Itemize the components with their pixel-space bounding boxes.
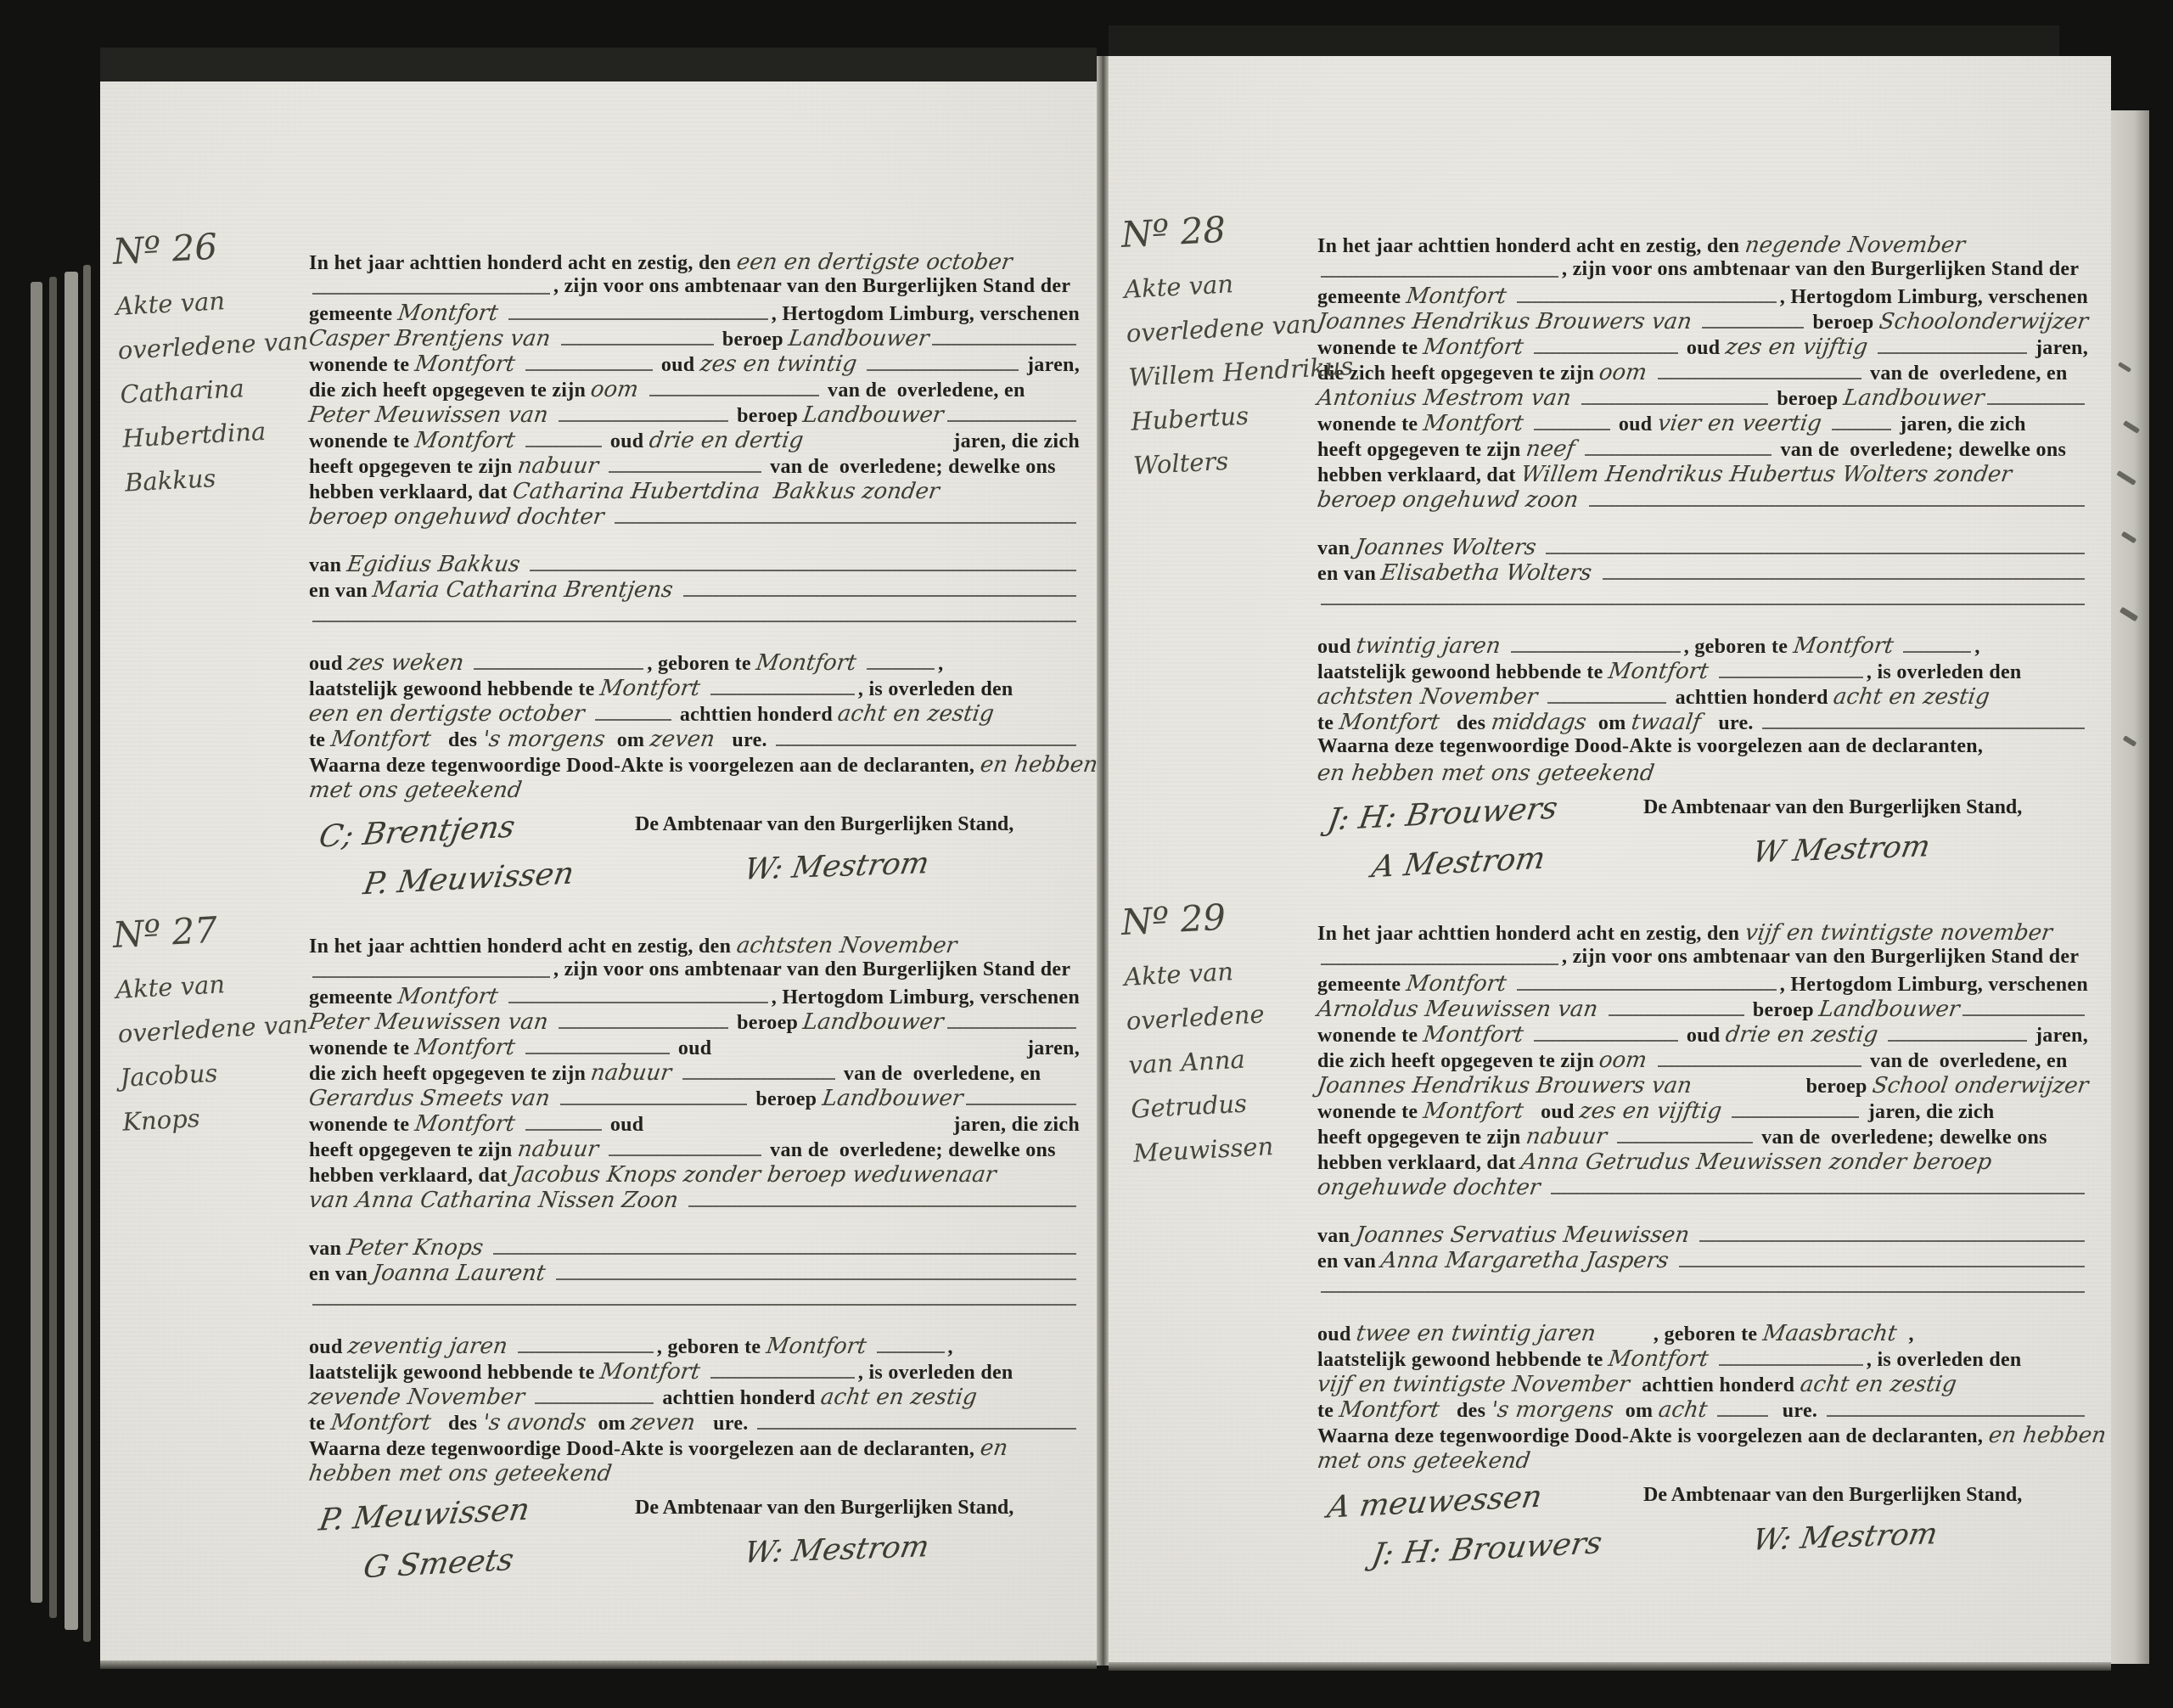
blank-rule — [867, 667, 935, 670]
blank-rule — [535, 1402, 654, 1404]
blank-rule — [688, 1205, 1076, 1207]
form-line: te Montfort des 's avonds om zeven ure. — [309, 1410, 1080, 1436]
handwritten-entry: zeventig jaren — [346, 1334, 516, 1359]
printed-text: , Hertogdom Limburg, verschenen — [772, 303, 1080, 326]
printed-text: jaren, — [2030, 337, 2088, 360]
handwritten-entry: drie en zestig — [1724, 1022, 1887, 1048]
book-page-edge — [83, 265, 91, 1642]
printed-text: , zijn voor ons ambtenaar van den Burger… — [553, 958, 1070, 981]
printed-text: , is overleden den — [858, 1362, 1014, 1385]
handwritten-entry: acht en zestig — [1832, 684, 1991, 710]
printed-text: wonende te — [1317, 1025, 1423, 1048]
form-line: wonende te Montfort oud zes en vijftig j… — [1317, 334, 2088, 360]
printed-text: , is overleden den — [858, 678, 1014, 701]
printed-text: van de overledene, en — [1865, 362, 2068, 385]
margin-notes: Nº 27Akte vanoverledene vanJacobusKnops — [112, 905, 327, 1582]
printed-text: Waarna deze tegenwoordige Dood-Akte is v… — [1317, 1425, 1989, 1448]
signature: A meuwessen — [1325, 1474, 1648, 1525]
blank-rule — [1987, 402, 2085, 405]
form-line: Gerardus Smeets van beroep Landbouwer — [309, 1086, 1080, 1111]
printed-text: achttien honderd — [1637, 1374, 1800, 1397]
handwritten-entry: en hebben met ons geteekend — [1316, 761, 1656, 786]
handwritten-entry: Anna Getrudus Meuwissen zonder beroep — [1519, 1149, 1993, 1175]
death-certificate-26: Nº 26Akte vanoverledene vanCatharinaHube… — [129, 226, 1075, 895]
form-line: die zich heeft opgegeven te zijn oom van… — [1317, 360, 2088, 385]
margin-notes: Nº 26Akte vanoverledene vanCatharinaHube… — [112, 222, 327, 899]
printed-text: wonende te — [309, 1114, 415, 1137]
blank-rule — [312, 1303, 1076, 1306]
printed-text: oud — [1530, 1101, 1581, 1124]
blank-rule — [966, 1103, 1076, 1105]
form-line: wonende te Montfort oud jaren, — [309, 1035, 1080, 1060]
handwritten-entry: Catharina Hubertdina Bakkus zonder — [511, 479, 941, 504]
printed-text: , Hertogdom Limburg, verschenen — [772, 986, 1080, 1009]
printed-text: In het jaar achttien honderd acht en zes… — [309, 935, 737, 958]
handwritten-entry: hebben met ons geteekend — [307, 1461, 614, 1486]
printed-text: van de overledene, en — [1865, 1050, 2068, 1073]
handwritten-entry: beroep ongehuwd zoon — [1316, 487, 1587, 513]
registrar-signature-area: De Ambtenaar van den Burgerlijken Stand,… — [635, 1495, 1080, 1578]
printed-text: van — [1317, 537, 1356, 560]
printed-text: hebben verklaard, dat — [1317, 1152, 1521, 1175]
handwritten-entry: zes en vijftig — [1724, 334, 1877, 360]
ink-bleed-mark — [2116, 470, 2137, 486]
margin-note-line: Knops — [121, 1091, 303, 1144]
printed-text: beroep — [1772, 388, 1844, 411]
signature: P. Meuwissen — [317, 1486, 639, 1537]
blank-rule — [1534, 428, 1610, 430]
printed-text: en van — [1317, 563, 1381, 586]
handwritten-entry: zeven — [649, 727, 723, 752]
signature: C; Brentjens — [317, 803, 639, 854]
signature-block: J: H: BrouwersA MestromDe Ambtenaar van … — [1317, 795, 2088, 878]
blank-rule — [560, 1103, 747, 1105]
form-line: wonende te Montfort oud drie en zestig j… — [1317, 1022, 2088, 1048]
blank-rule — [683, 594, 1076, 597]
act-number: Nº 28 — [1120, 205, 1302, 256]
printed-text: , geboren te — [657, 1336, 766, 1359]
printed-text: die zich heeft opgegeven te zijn — [309, 1063, 591, 1086]
form-line: laatstelijk gewoond hebbende te Montfort… — [1317, 659, 2088, 684]
blank-rule — [1547, 701, 1666, 704]
declarant-signatures: C; BrentjensP. Meuwissen — [309, 812, 635, 895]
printed-text: , geboren te — [1684, 636, 1794, 659]
handwritten-entry: een en dertigste october — [734, 250, 1013, 275]
form-line — [309, 530, 1080, 552]
blank-rule — [1511, 650, 1681, 653]
printed-text: achttien honderd — [657, 1387, 821, 1410]
printed-text: gemeente — [309, 986, 398, 1009]
form-line: gemeente Montfort , Hertogdom Limburg, v… — [1317, 971, 2088, 997]
margin-note-line: overledene van — [117, 319, 299, 373]
form-line: wonende te Montfort oud zes en vijftig j… — [1317, 1098, 2088, 1124]
form-line: In het jaar achttien honderd acht en zes… — [1317, 233, 2088, 258]
signature: A Mestrom — [1369, 836, 1648, 885]
printed-text: en van — [309, 1263, 373, 1286]
form-line: Waarna deze tegenwoordige Dood-Akte is v… — [1317, 735, 2088, 761]
printed-text: hebben verklaard, dat — [309, 1165, 513, 1188]
ink-bleed-mark — [2123, 735, 2137, 747]
blank-rule — [595, 718, 671, 721]
handwritten-entry: twaalf — [1630, 710, 1710, 735]
handwritten-entry: vijf en twintigste november — [1743, 920, 2053, 946]
blank-rule — [932, 343, 1076, 346]
form-line: van Joannes Wolters — [1317, 535, 2088, 560]
printed-text: ure. — [1708, 712, 1759, 735]
blank-rule — [947, 419, 1076, 422]
blank-rule — [530, 569, 1076, 571]
margin-note-line: Willem Hendrikus — [1127, 346, 1309, 400]
page-top-shadow — [100, 48, 1097, 83]
form-line: laatstelijk gewoond hebbende te Montfort… — [309, 1359, 1080, 1385]
handwritten-entry: School onderwijzer — [1871, 1073, 2090, 1098]
handwritten-entry: neef — [1524, 436, 1584, 462]
blank-rule — [877, 1351, 945, 1353]
form-line: Waarna deze tegenwoordige Dood-Akte is v… — [309, 1436, 1080, 1461]
blank-rule — [1832, 428, 1891, 430]
handwritten-entry: Montfort — [413, 428, 524, 453]
form-line: ongehuwde dochter — [1317, 1175, 2088, 1200]
printed-text: heeft opgegeven te zijn — [1317, 1126, 1526, 1149]
handwritten-entry: acht en zestig — [819, 1385, 979, 1410]
printed-text: In het jaar achttien honderd acht en zes… — [309, 252, 737, 275]
form-line: vijf en twintigste November achttien hon… — [1317, 1372, 2088, 1397]
form-line: een en dertigste october achttien honder… — [309, 701, 1080, 727]
handwritten-entry: met ons geteekend — [1316, 1448, 1532, 1474]
handwritten-entry: 's morgens — [1489, 1397, 1621, 1423]
form-line: heeft opgegeven te zijn nabuur van de ov… — [309, 453, 1080, 479]
form-line: hebben verklaard, dat Catharina Hubertdi… — [309, 479, 1080, 504]
margin-notes: Nº 28Akte vanoverledene vanWillem Hendri… — [1120, 205, 1335, 882]
official-title: De Ambtenaar van den Burgerlijken Stand, — [635, 813, 1080, 836]
handwritten-entry: nabuur — [589, 1060, 680, 1086]
blank-rule — [1719, 1363, 1863, 1366]
book-page-edge — [65, 272, 78, 1630]
handwritten-entry: Willem Hendrikus Hubertus Wolters zonder — [1519, 462, 2013, 487]
blank-rule — [525, 445, 602, 447]
handwritten-entry: Anna Margaretha Jaspers — [1379, 1248, 1677, 1273]
printed-text: achttien honderd — [1670, 687, 1833, 710]
form-line: oud zes weken , geboren te Montfort , — [309, 650, 1080, 676]
blank-rule — [559, 419, 728, 422]
printed-text: jaren, die zich — [1862, 1101, 1994, 1124]
printed-text: hebben verklaard, dat — [309, 481, 513, 504]
official-signature: W: Mestrom — [1750, 1517, 1940, 1557]
form-line: en van Maria Catharina Brentjens — [309, 577, 1080, 603]
handwritten-entry: Montfort — [1405, 284, 1515, 309]
printed-text: heeft opgegeven te zijn — [309, 456, 518, 479]
printed-text: van — [1317, 1225, 1356, 1248]
registrar-signature-area: De Ambtenaar van den Burgerlijken Stand,… — [1643, 1482, 2088, 1565]
handwritten-entry: Landbouwer — [787, 326, 930, 351]
blank-rule — [518, 1351, 654, 1353]
printed-text: des — [1446, 712, 1491, 735]
printed-text: laatstelijk gewoond hebbende te — [309, 678, 600, 701]
printed-text: , zijn voor ons ambtenaar van den Burger… — [1562, 946, 2079, 969]
handwritten-entry: Montfort — [413, 1035, 524, 1060]
form-line: Joannes Hendrikus Brouwers van beroep Sc… — [1317, 309, 2088, 334]
death-certificate-29: Nº 29Akte vanoverledenevan AnnaGetrudusM… — [1137, 896, 2089, 1565]
signature: J: H: Brouwers — [1325, 786, 1648, 837]
handwritten-entry: Montfort — [1422, 334, 1532, 360]
handwritten-entry: en — [978, 1436, 1008, 1461]
declarant-signatures: A meuwessenJ: H: Brouwers — [1317, 1482, 1643, 1565]
form-line — [1317, 1200, 2088, 1222]
handwritten-entry: ongehuwde dochter — [1316, 1175, 1549, 1200]
blank-rule — [710, 693, 855, 695]
act-number: Nº 26 — [112, 222, 294, 272]
handwritten-entry: en hebben — [978, 752, 1098, 778]
margin-note-line: Meuwissen — [1132, 1122, 1314, 1176]
blank-rule — [710, 1376, 855, 1379]
signature-block: P. MeuwissenG SmeetsDe Ambtenaar van den… — [309, 1495, 1080, 1578]
blank-rule — [947, 1026, 1076, 1029]
handwritten-entry: Montfort — [1422, 411, 1532, 436]
blank-rule — [1719, 676, 1863, 678]
blank-rule — [474, 667, 643, 670]
printed-text: achttien honderd — [675, 704, 839, 727]
form-line: die zich heeft opgegeven te zijn oom van… — [1317, 1048, 2088, 1073]
printed-text: , zijn voor ons ambtenaar van den Burger… — [1562, 258, 2079, 281]
form-line: met ons geteekend — [1317, 1448, 2088, 1474]
blank-rule — [1581, 402, 1768, 405]
printed-text: , — [1974, 636, 1979, 659]
form-line: wonende te Montfort oud vier en veertig … — [1317, 411, 2088, 436]
printed-text: hebben verklaard, dat — [1317, 464, 1521, 487]
printed-text: oud — [1682, 337, 1726, 360]
certificate-body: In het jaar achttien honderd acht en zes… — [1317, 896, 2088, 1565]
printed-text: jaren, — [2030, 1025, 2088, 1048]
blank-rule — [1762, 727, 2085, 729]
handwritten-entry: Landbouwer — [1842, 385, 1985, 411]
printed-text: Waarna deze tegenwoordige Dood-Akte is v… — [1317, 735, 1983, 758]
blank-rule — [1617, 1141, 1753, 1143]
blank-rule — [1534, 351, 1678, 354]
handwritten-entry: Schoolonderwijzer — [1878, 309, 2090, 334]
handwritten-entry: Montfort — [328, 727, 439, 752]
printed-text: van — [309, 554, 347, 577]
form-line: , zijn voor ons ambtenaar van den Burger… — [309, 275, 1080, 301]
form-line: In het jaar achttien honderd acht en zes… — [309, 250, 1080, 275]
printed-text: die zich heeft opgegeven te zijn — [1317, 1050, 1599, 1073]
declarant-signatures: P. MeuwissenG Smeets — [309, 1495, 635, 1578]
blank-rule — [556, 1278, 1076, 1280]
handwritten-entry: Montfort — [1337, 1397, 1447, 1423]
blank-rule — [776, 744, 1076, 746]
handwritten-entry: Peter Meuwissen van — [307, 402, 557, 428]
printed-text: heeft opgegeven te zijn — [309, 1139, 518, 1162]
form-line: van Anna Catharina Nissen Zoon — [309, 1188, 1080, 1213]
form-line: , zijn voor ons ambtenaar van den Burger… — [1317, 258, 2088, 284]
printed-text: , Hertogdom Limburg, verschenen — [1780, 286, 2088, 309]
right-page: Nº 28Akte vanoverledene vanWillem Hendri… — [1109, 56, 2111, 1666]
form-line: laatstelijk gewoond hebbende te Montfort… — [309, 676, 1080, 701]
printed-text: gemeente — [1317, 974, 1407, 997]
signature-block: C; BrentjensP. MeuwissenDe Ambtenaar van… — [309, 812, 1080, 895]
form-line — [1317, 586, 2088, 611]
page-top-shadow — [1109, 25, 2059, 58]
form-line: met ons geteekend — [309, 778, 1080, 803]
handwritten-entry: Montfort — [396, 984, 507, 1009]
signature: J: H: Brouwers — [1369, 1524, 1648, 1573]
printed-text: om — [1620, 1400, 1658, 1423]
blank-rule — [1603, 577, 2085, 580]
register-scan: Nº 26Akte vanoverledene vanCatharinaHube… — [0, 0, 2173, 1708]
printed-text: ure. — [1772, 1400, 1822, 1423]
form-line: van Joannes Servatius Meuwissen — [1317, 1222, 2088, 1248]
blank-rule — [1699, 1239, 2085, 1242]
form-line: te Montfort des 's morgens om zeven ure. — [309, 727, 1080, 752]
blank-rule — [508, 317, 768, 320]
form-line: hebben met ons geteekend — [309, 1461, 1080, 1486]
handwritten-entry: Joannes Servatius Meuwissen — [1353, 1222, 1698, 1248]
printed-text: des — [1446, 1400, 1491, 1423]
handwritten-entry: en hebben — [1986, 1423, 2107, 1448]
registrar-signature-area: De Ambtenaar van den Burgerlijken Stand,… — [1643, 795, 2088, 878]
handwritten-entry: oom — [589, 377, 647, 402]
handwritten-entry: Landbouwer — [1817, 997, 1961, 1022]
handwritten-entry: Peter Knops — [345, 1235, 491, 1261]
handwritten-entry: acht — [1657, 1397, 1716, 1423]
printed-text: gemeente — [309, 303, 398, 326]
book-gutter — [1097, 56, 1109, 1666]
printed-text: die zich heeft opgegeven te zijn — [309, 379, 591, 402]
form-line: wonende te Montfort oud drie en dertig j… — [309, 428, 1080, 453]
official-signature: W: Mestrom — [742, 1530, 932, 1570]
form-line — [309, 628, 1080, 650]
handwritten-entry: middags — [1489, 710, 1594, 735]
certificate-body: In het jaar achttien honderd acht en zes… — [309, 909, 1080, 1578]
form-line: en hebben met ons geteekend — [1317, 761, 2088, 786]
printed-text: en van — [309, 580, 373, 603]
margin-note-line: overledene van — [117, 1003, 299, 1056]
handwritten-entry: achtsten November — [1316, 684, 1547, 710]
handwritten-entry: Landbouwer — [801, 402, 945, 428]
printed-text: wonende te — [1317, 413, 1423, 436]
form-line: Waarna deze tegenwoordige Dood-Akte is v… — [309, 752, 1080, 778]
ink-bleed-mark — [2121, 531, 2137, 544]
printed-text: , is overleden den — [1867, 1349, 2022, 1372]
printed-text: des — [437, 729, 482, 752]
death-certificate-28: Nº 28Akte vanoverledene vanWillem Hendri… — [1137, 209, 2089, 878]
printed-text: des — [437, 1413, 482, 1436]
form-line: wonende te Montfort oud zes en twintig j… — [309, 351, 1080, 377]
form-line: Peter Meuwissen van beroep Landbouwer — [309, 402, 1080, 428]
form-line: van Egidius Bakkus — [309, 552, 1080, 577]
handwritten-entry: Montfort — [1791, 633, 1901, 659]
printed-text: jaren, — [1022, 354, 1080, 377]
handwritten-entry: Antonius Mestrom van — [1316, 385, 1580, 411]
handwritten-entry: Peter Meuwissen van — [307, 1009, 557, 1035]
blank-rule — [508, 1001, 768, 1003]
handwritten-entry: vier en veertig — [1656, 411, 1830, 436]
form-line: In het jaar achttien honderd acht en zes… — [1317, 920, 2088, 946]
blank-rule — [1534, 1039, 1678, 1042]
handwritten-entry: Montfort — [765, 1334, 875, 1359]
form-line: wonende te Montfort oud jaren, die zich — [309, 1111, 1080, 1137]
form-line — [1317, 1299, 2088, 1321]
form-line — [309, 603, 1080, 628]
printed-text: van de overledene; dewelke ons — [765, 456, 1056, 479]
handwritten-entry: Maria Catharina Brentjens — [371, 577, 682, 603]
form-line: Antonius Mestrom van beroep Landbouwer — [1317, 385, 2088, 411]
printed-text: beroep — [1748, 999, 1820, 1022]
printed-text: oud — [1682, 1025, 1726, 1048]
handwritten-entry: Montfort — [598, 1359, 709, 1385]
printed-text: van de overledene, en — [839, 1063, 1042, 1086]
printed-text: van de overledene; dewelke ons — [1775, 439, 2066, 462]
ink-bleed-mark — [2120, 607, 2138, 622]
handwritten-entry: drie en dertig — [648, 428, 806, 453]
official-title: De Ambtenaar van den Burgerlijken Stand, — [1643, 796, 2088, 819]
form-line: heeft opgegeven te zijn nabuur van de ov… — [309, 1137, 1080, 1162]
handwritten-entry: met ons geteekend — [307, 778, 524, 803]
printed-text: , zijn voor ons ambtenaar van den Burger… — [553, 275, 1070, 298]
blank-rule — [525, 368, 653, 371]
blank-rule — [559, 1026, 728, 1029]
handwritten-entry: 's morgens — [480, 727, 613, 752]
form-line: beroep ongehuwd zoon — [1317, 487, 2088, 513]
printed-text: van de overledene; dewelke ons — [765, 1139, 1056, 1162]
form-line: te Montfort des middags om twaalf ure. — [1317, 710, 2088, 735]
blank-rule — [525, 1128, 602, 1131]
printed-text: om — [611, 729, 649, 752]
blank-rule — [1732, 1115, 1859, 1118]
printed-text: jaren, — [1022, 1037, 1080, 1060]
handwritten-entry: acht en zestig — [836, 701, 996, 727]
printed-text: oud — [673, 1037, 717, 1060]
handwritten-entry: zeven — [629, 1410, 704, 1436]
printed-text: In het jaar achttien honderd acht en zes… — [1317, 923, 1745, 946]
printed-text: van — [309, 1238, 347, 1261]
printed-text: laatstelijk gewoond hebbende te — [309, 1362, 600, 1385]
form-line: Peter Meuwissen van beroep Landbouwer — [309, 1009, 1080, 1035]
printed-text: beroep — [1807, 312, 1879, 334]
form-line: gemeente Montfort , Hertogdom Limburg, v… — [309, 301, 1080, 326]
form-line: achtsten November achttien honderd acht … — [1317, 684, 2088, 710]
printed-text: om — [592, 1413, 631, 1436]
blank-rule — [312, 292, 550, 295]
signature: G Smeets — [361, 1537, 639, 1586]
certificate-body: In het jaar achttien honderd acht en zes… — [1317, 209, 2088, 878]
handwritten-entry: Montfort — [1607, 1346, 1717, 1372]
blank-rule — [867, 368, 1018, 371]
printed-text: van de overledene; dewelke ons — [1756, 1126, 2047, 1149]
handwritten-entry: Montfort — [1337, 710, 1447, 735]
handwritten-entry: Landbouwer — [821, 1086, 964, 1111]
form-line — [309, 1286, 1080, 1312]
printed-text: laatstelijk gewoond hebbende te — [1317, 661, 1609, 684]
handwritten-entry: Montfort — [755, 650, 865, 676]
next-page-edge — [2111, 110, 2149, 1664]
form-line: die zich heeft opgegeven te zijn nabuur … — [309, 1060, 1080, 1086]
handwritten-entry: nabuur — [516, 1137, 607, 1162]
handwritten-entry: Montfort — [1405, 971, 1515, 997]
blank-rule — [1658, 1065, 1861, 1067]
printed-text: oud — [605, 1114, 649, 1137]
handwritten-entry: Montfort — [598, 676, 709, 701]
form-line: oud twee en twintig jaren , geboren te M… — [1317, 1321, 2088, 1346]
printed-text: , is overleden den — [1867, 661, 2022, 684]
handwritten-entry: beroep ongehuwd dochter — [307, 504, 613, 530]
form-line: Joannes Hendrikus Brouwers van beroep Sc… — [1317, 1073, 2088, 1098]
form-line: hebben verklaard, dat Willem Hendrikus H… — [1317, 462, 2088, 487]
blank-rule — [525, 1052, 670, 1054]
handwritten-entry: vijf en twintigste November — [1316, 1372, 1638, 1397]
certificate-body: In het jaar achttien honderd acht en zes… — [309, 226, 1080, 895]
handwritten-entry: Montfort — [1422, 1098, 1532, 1124]
handwritten-entry: oom — [1597, 1048, 1655, 1073]
